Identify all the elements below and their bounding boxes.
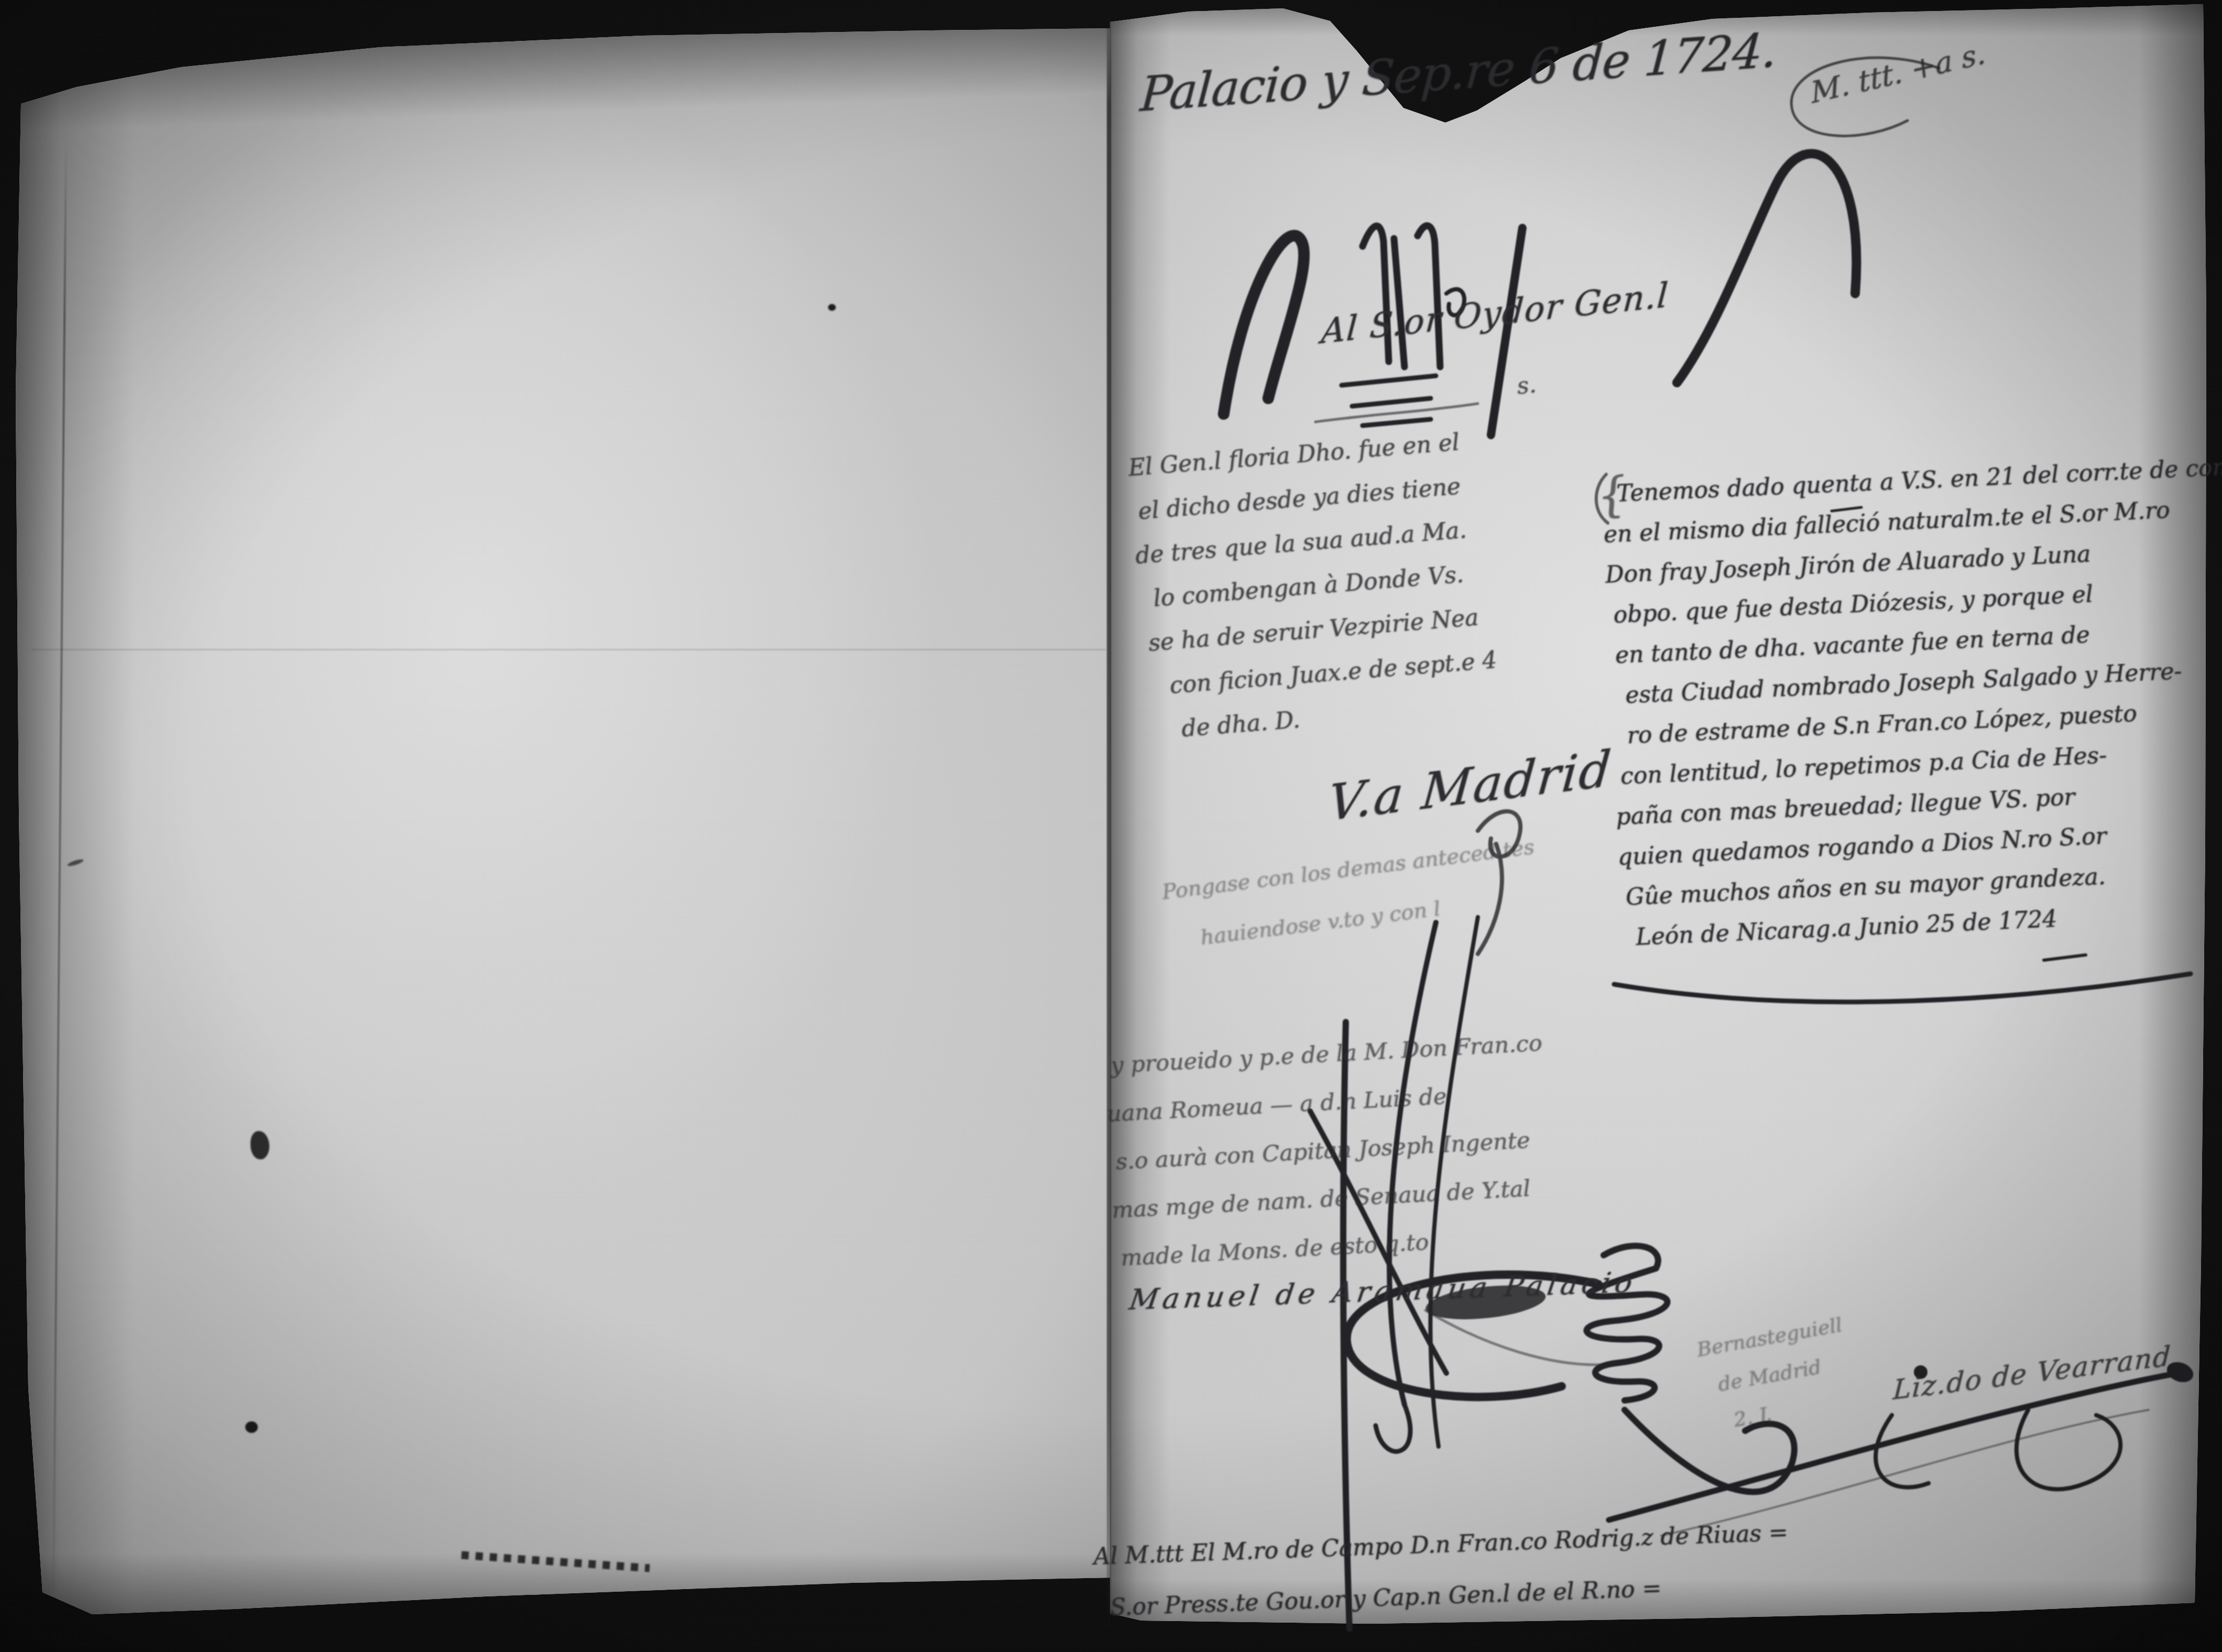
heading-flourish-stroke <box>1677 154 1856 383</box>
heading-flourish-stroke <box>1224 236 1304 414</box>
signature-slash <box>1609 1374 2172 1520</box>
signature-curl <box>1876 1415 1929 1487</box>
signature-curl <box>2017 1410 2121 1489</box>
date-underline-flourish <box>1614 974 2191 1002</box>
heading-underline-sweep <box>1315 404 1478 422</box>
heading-flourish-stroke <box>1418 226 1440 367</box>
letter-body-block: Tenemos dado quenta a V.S. en 21 del cor… <box>1601 446 2222 958</box>
salutation-flourish-mark: s. <box>1516 371 1538 400</box>
draft-note-block: y proueido y p.e de la M. Don Fran.co ua… <box>1103 1019 1553 1283</box>
margin-note-block: El Gen.l floria Dho. fue en el el dicho … <box>1127 419 1502 754</box>
pen-stroke <box>1376 1405 1410 1451</box>
heading-flourish-stroke <box>1394 238 1404 367</box>
underline-25 <box>2044 955 2086 960</box>
